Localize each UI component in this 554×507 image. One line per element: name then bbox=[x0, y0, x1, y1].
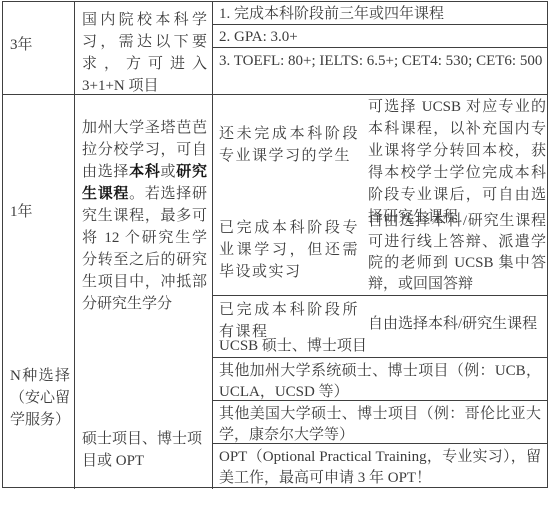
option-ucsb-programs: UCSB 硕士、博士项目 bbox=[219, 334, 367, 355]
program-table: 3年 国内院校本科学习，需达以下要求，方可进入3+1+N 项目 1. 完成本科阶… bbox=[2, 1, 548, 488]
stage2-description-bold1: 本科 bbox=[129, 164, 160, 180]
duration-merged-cell: 1年 N种选择（安心留学服务） bbox=[3, 95, 75, 489]
stage2-stage3-row: 1年 N种选择（安心留学服务） 加州大学圣塔芭芭拉分校学习，可自由选择本科或研究… bbox=[3, 95, 547, 489]
stage2-description-part3: 。若选择研究生课程，最多可将 12 个研究生学分转至之后的研究生项目中，冲抵部分… bbox=[82, 186, 207, 312]
stage1-duration: 3年 bbox=[10, 33, 33, 54]
stage2-duration: 1年 bbox=[10, 201, 33, 223]
option-other-us-programs: 其他美国大学硕士、博士项目（例：哥伦比亚大学，康奈尔大学等） bbox=[213, 400, 547, 443]
requirement-item-1: 1. 完成本科阶段前三年或四年课程 bbox=[213, 2, 547, 25]
stage3-description: 硕士项目、博士项目或 OPT bbox=[82, 428, 207, 472]
case1-outcome: 可选择 UCSB 对应专业的本科课程，以补充国内专业课将学分转回本校，获得本校学… bbox=[368, 96, 546, 228]
stage2-description-part2: 或 bbox=[161, 164, 177, 180]
stage3-duration: N种选择（安心留学服务） bbox=[10, 365, 70, 431]
case3-and-ucsb-option-cell: 已完成本科阶段所有课程 自由选择本科/研究生课程 UCSB 硕士、博士项目 bbox=[213, 295, 547, 357]
case1-condition: 还未完成本科阶段专业课学习的学生 bbox=[219, 123, 359, 167]
stage1-row: 3年 国内院校本科学习，需达以下要求，方可进入3+1+N 项目 1. 完成本科阶… bbox=[3, 2, 547, 95]
case3-outcome: 自由选择本科/研究生课程 bbox=[368, 312, 537, 333]
option-uc-system-programs: 其他加州大学系统硕士、博士项目（例：UCB，UCLA，UCSD 等） bbox=[213, 357, 547, 400]
stage2-description: 加州大学圣塔芭芭拉分校学习，可自由选择本科或研究生课程。若选择研究生课程，最多可… bbox=[82, 117, 207, 315]
cases-options-panel: 还未完成本科阶段专业课学习的学生 可选择 UCSB 对应专业的本科课程，以补充国… bbox=[213, 95, 547, 489]
case2-condition: 已完成本科阶段专业课学习，但还需毕设或实习 bbox=[219, 217, 359, 283]
page: 3年 国内院校本科学习，需达以下要求，方可进入3+1+N 项目 1. 完成本科阶… bbox=[0, 0, 554, 507]
case2-outcome: 自由选择本科/研究生课程可进行线上答辩、派遣学院的老师到 UCSB 集中答辩，或… bbox=[368, 211, 546, 295]
requirement-item-2: 2. GPA: 3.0+ bbox=[213, 25, 547, 48]
stage1-duration-cell: 3年 bbox=[3, 2, 75, 94]
option-opt-work: OPT（Optional Practical Training，专业实习），留美… bbox=[213, 443, 547, 489]
requirement-item-3: 3. TOEFL: 80+; IELTS: 6.5+; CET4: 530; C… bbox=[213, 48, 547, 94]
stage1-requirements-cell: 1. 完成本科阶段前三年或四年课程 2. GPA: 3.0+ 3. TOEFL:… bbox=[213, 2, 547, 94]
description-merged-cell: 加州大学圣塔芭芭拉分校学习，可自由选择本科或研究生课程。若选择研究生课程，最多可… bbox=[75, 95, 213, 489]
stage1-description-cell: 国内院校本科学习，需达以下要求，方可进入3+1+N 项目 bbox=[75, 2, 213, 94]
stage1-description: 国内院校本科学习，需达以下要求，方可进入3+1+N 项目 bbox=[82, 12, 207, 94]
cases-group: 还未完成本科阶段专业课学习的学生 可选择 UCSB 对应专业的本科课程，以补充国… bbox=[213, 95, 547, 295]
